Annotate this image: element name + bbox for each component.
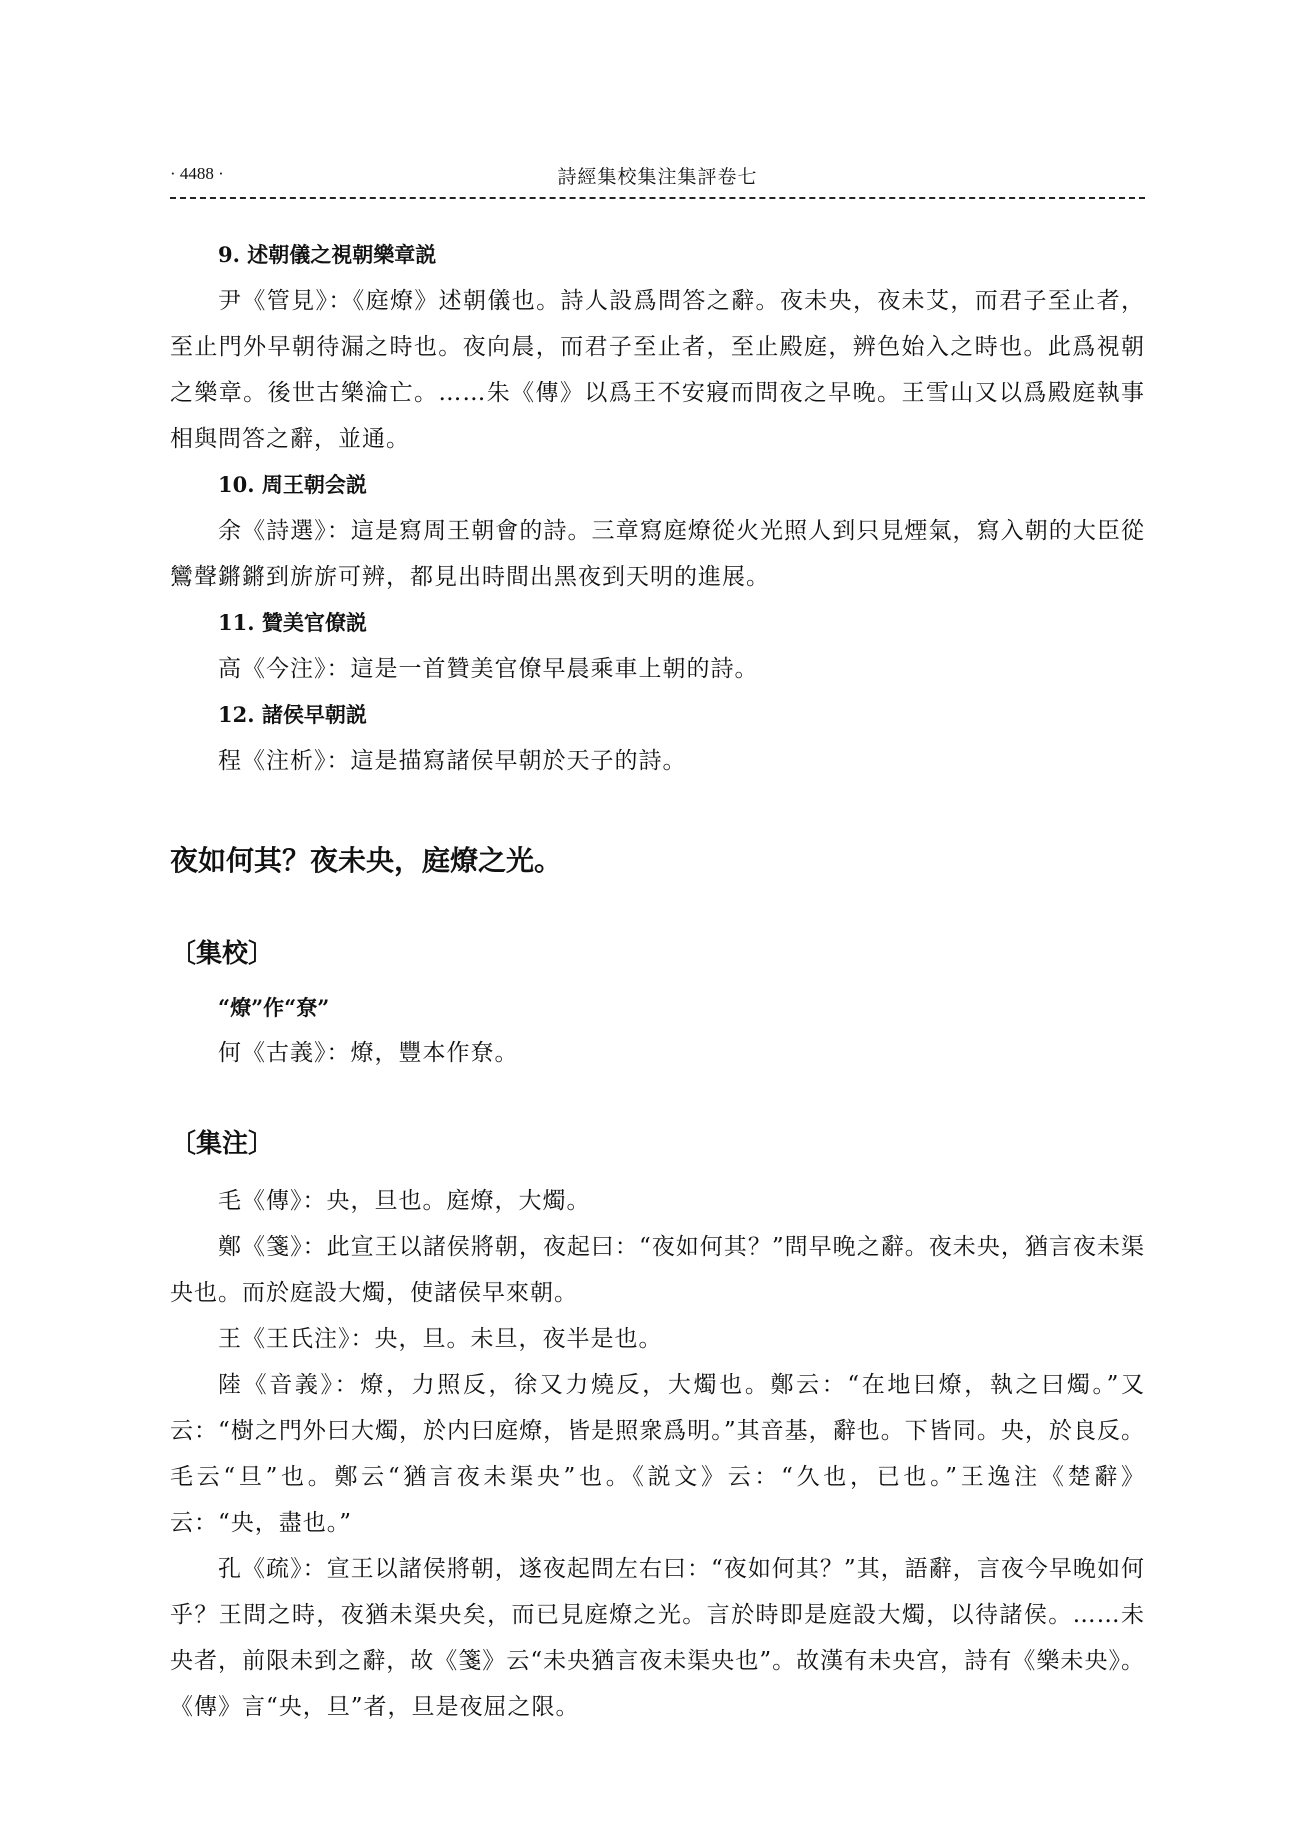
item-10: 10. 周王朝会説 余《詩選》：這是寫周王朝會的詩。三章寫庭燎從火光照人到只見煙… [170, 462, 1145, 600]
running-title: 詩經集校集注集評卷七 [170, 162, 1145, 189]
verse-line: 夜如何其？夜未央，庭燎之光。 [170, 836, 1145, 886]
annotation-paragraph: 鄭《箋》：此宣王以諸侯將朝，夜起曰：“夜如何其？”問早晚之辭。夜未央，猶言夜未渠… [170, 1224, 1145, 1316]
section-title: 〔集注〕 [170, 1118, 1145, 1170]
item-heading: 10. 周王朝会説 [218, 462, 1145, 508]
annotation-paragraph: 陸《音義》：燎，力照反，徐又力燒反，大燭也。鄭云：“在地曰燎，執之曰燭。”又云：… [170, 1362, 1145, 1546]
item-heading: 12. 諸侯早朝説 [218, 692, 1145, 738]
page-header: · 4488 · 詩經集校集注集評卷七 [170, 160, 1145, 200]
item-paragraph: 程《注析》：這是描寫諸侯早朝於天子的詩。 [170, 738, 1145, 784]
header-rule [170, 197, 1145, 199]
item-paragraph: 高《今注》：這是一首贊美官僚早晨乘車上朝的詩。 [170, 646, 1145, 692]
section-jiaojiao: 〔集校〕 “燎”作“尞” 何《古義》：燎，豐本作尞。 [170, 928, 1145, 1076]
annotation-paragraph: 毛《傳》：央，旦也。庭燎，大燭。 [170, 1178, 1145, 1224]
annotation-paragraph: 孔《疏》：宣王以諸侯將朝，遂夜起問左右曰：“夜如何其？”其，語辭，言夜今早晚如何… [170, 1546, 1145, 1730]
section-title: 〔集校〕 [170, 928, 1145, 980]
variant-heading: “燎”作“尞” [218, 986, 1145, 1030]
item-heading: 11. 贊美官僚説 [218, 600, 1145, 646]
item-heading: 9. 述朝儀之視朝樂章説 [218, 232, 1145, 278]
item-paragraph: 余《詩選》：這是寫周王朝會的詩。三章寫庭燎從火光照人到只見煙氣，寫入朝的大臣從鸞… [170, 508, 1145, 600]
collation-paragraph: 何《古義》：燎，豐本作尞。 [170, 1030, 1145, 1076]
item-11: 11. 贊美官僚説 高《今注》：這是一首贊美官僚早晨乘車上朝的詩。 [170, 600, 1145, 692]
section-jizhu: 〔集注〕 毛《傳》：央，旦也。庭燎，大燭。 鄭《箋》：此宣王以諸侯將朝，夜起曰：… [170, 1118, 1145, 1730]
item-12: 12. 諸侯早朝説 程《注析》：這是描寫諸侯早朝於天子的詩。 [170, 692, 1145, 784]
item-paragraph: 尹《管見》：《庭燎》述朝儀也。詩人設爲問答之辭。夜未央，夜未艾，而君子至止者，至… [170, 278, 1145, 462]
item-9: 9. 述朝儀之視朝樂章説 尹《管見》：《庭燎》述朝儀也。詩人設爲問答之辭。夜未央… [170, 232, 1145, 462]
annotation-paragraph: 王《王氏注》：央，旦。未旦，夜半是也。 [170, 1316, 1145, 1362]
page-body: 9. 述朝儀之視朝樂章説 尹《管見》：《庭燎》述朝儀也。詩人設爲問答之辭。夜未央… [170, 232, 1145, 1730]
